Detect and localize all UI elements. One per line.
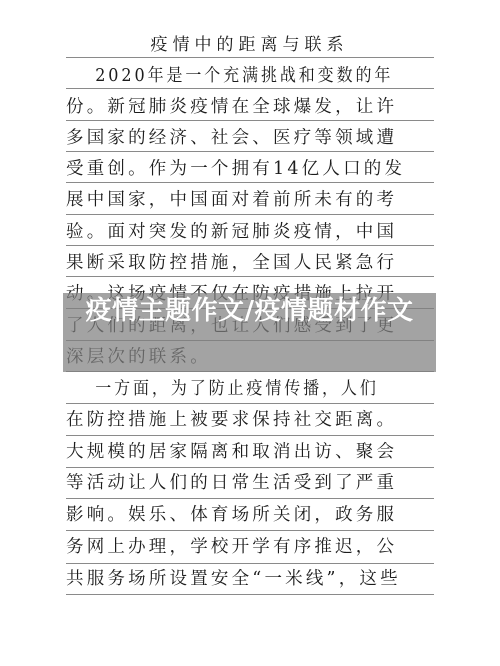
ruled-line xyxy=(66,57,434,58)
overlay-title: 疫情主题作文/疫情题材作文 xyxy=(63,296,436,327)
ruled-line xyxy=(66,563,434,564)
ruled-line xyxy=(66,276,434,277)
essay-line: 共服务场所设置安全“一米线”，这些 xyxy=(66,566,434,592)
essay-line: 受重创。作为一个拥有14亿人口的发 xyxy=(66,156,434,182)
essay-line: 份。新冠肺炎疫情在全球爆发，让许 xyxy=(66,94,434,120)
ruled-line xyxy=(66,182,434,183)
ruled-line xyxy=(66,498,434,499)
ruled-line xyxy=(66,530,434,531)
ruled-line xyxy=(66,88,434,89)
ruled-line xyxy=(66,435,434,436)
essay-line: 等活动让人们的日常生活受到了严重 xyxy=(66,470,434,496)
essay-line: 2020年是一个充满挑战和变数的年 xyxy=(66,63,431,89)
essay-line: 果断采取防控措施，全国人民紧急行 xyxy=(66,250,434,276)
ruled-line xyxy=(66,594,434,595)
essay-line: 务网上办理，学校开学有序推迟，公 xyxy=(66,534,434,560)
essay-title: 疫情中的距离与联系 xyxy=(66,33,433,57)
ruled-line xyxy=(66,120,434,121)
essay-line: 大规模的居家隔离和取消出访、聚会 xyxy=(66,439,434,465)
ruled-line xyxy=(66,403,434,404)
ruled-line xyxy=(66,151,434,152)
essay-line: 验。面对突发的新冠肺炎疫情，中国 xyxy=(66,219,434,245)
essay-line: 在防控措施上被要求保持社交距离。 xyxy=(66,407,434,433)
ruled-line xyxy=(66,467,434,468)
essay-line: 一方面，为了防止疫情传播，人们 xyxy=(66,376,431,402)
essay-page: 疫情中的距离与联系 2020年是一个充满挑战和变数的年 份。新冠肺炎疫情在全球爆… xyxy=(0,0,500,666)
essay-line: 展中国家，中国面对着前所未有的考 xyxy=(66,187,434,213)
essay-line: 多国家的经济、社会、医疗等领域遭 xyxy=(66,125,434,151)
ruled-line xyxy=(66,214,434,215)
ruled-line xyxy=(66,245,434,246)
essay-line: 影响。娱乐、体育场所关闭，政务服 xyxy=(66,502,434,528)
